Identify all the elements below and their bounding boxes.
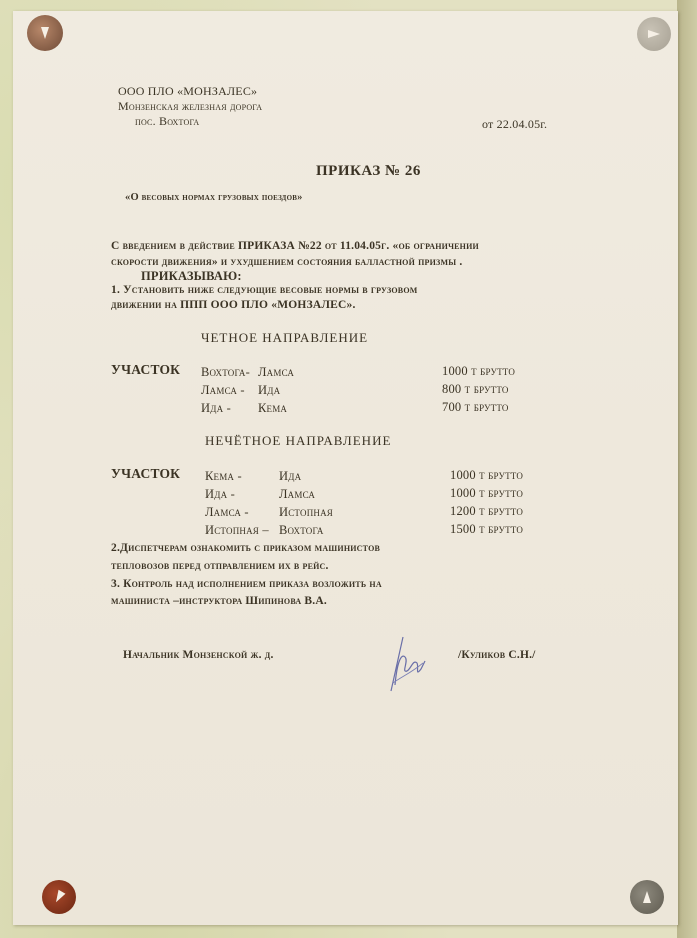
even-direction-heading: ЧЕТНОЕ НАПРАВЛЕНИЕ xyxy=(201,330,368,346)
odd-row-3-value: 1200 т брутто xyxy=(450,504,523,519)
handwritten-signature xyxy=(381,633,431,693)
preamble-line-1: С введением в действие ПРИКАЗА №22 от 11… xyxy=(111,240,479,252)
document-sheet: ООО ПЛО «МОНЗАЛЕС» Монзенская железная д… xyxy=(13,11,678,925)
order-word: ПРИКАЗЫВАЮ: xyxy=(141,269,242,284)
item-1-line-1: 1. Установить ниже следующие весовые нор… xyxy=(111,284,418,296)
odd-row-1-from: Кема - xyxy=(205,469,242,484)
pin-glint xyxy=(643,891,651,903)
even-row-3-to: Кема xyxy=(258,401,287,416)
even-row-1-from: Вохтога- xyxy=(201,365,250,380)
document-subject: «О весовых нормах грузовых поездов» xyxy=(125,192,303,203)
even-row-1-to: Ламса xyxy=(258,365,294,380)
signatory-position: Начальник Монзенской ж. д. xyxy=(123,649,274,661)
odd-direction-heading: НЕЧЁТНОЕ НАПРАВЛЕНИЕ xyxy=(205,433,391,449)
wall-edge xyxy=(677,0,697,938)
odd-row-2-to: Ламса xyxy=(279,487,315,502)
pin-glint xyxy=(53,890,66,904)
push-pin-bottom-left-icon xyxy=(42,880,76,914)
odd-section-label: УЧАСТОК xyxy=(111,466,180,482)
item-1-line-2: движении на ППП ООО ПЛО «МОНЗАЛЕС». xyxy=(111,299,356,311)
even-row-1-value: 1000 т брутто xyxy=(442,364,515,379)
even-row-3-value: 700 т брутто xyxy=(442,400,509,415)
odd-row-4-to: Вохтога xyxy=(279,523,324,538)
odd-row-1-value: 1000 т брутто xyxy=(450,468,523,483)
even-row-3-from: Ида - xyxy=(201,401,231,416)
pin-glint xyxy=(41,27,49,39)
even-row-2-to: Ида xyxy=(258,383,280,398)
even-row-2-value: 800 т брутто xyxy=(442,382,509,397)
odd-row-3-from: Ламса - xyxy=(205,505,249,520)
odd-row-4-value: 1500 т брутто xyxy=(450,522,523,537)
item-3-line-1: 3. Контроль над исполнением приказа возл… xyxy=(111,578,382,590)
item-3-line-2: машиниста –инструктора Шипинова В.А. xyxy=(111,595,327,607)
company-name: ООО ПЛО «МОНЗАЛЕС» xyxy=(118,84,257,99)
document-title: ПРИКАЗ № 26 xyxy=(316,163,421,180)
push-pin-top-right-icon xyxy=(637,17,671,51)
odd-row-3-to: Истопная xyxy=(279,505,333,520)
push-pin-top-left-icon xyxy=(27,15,63,51)
signatory-name: /Куликов С.Н./ xyxy=(458,649,536,661)
pin-glint xyxy=(648,30,660,38)
odd-row-1-to: Ида xyxy=(279,469,301,484)
odd-row-4-from: Истопная – xyxy=(205,523,269,538)
odd-row-2-value: 1000 т брутто xyxy=(450,486,523,501)
document-date: от 22.04.05г. xyxy=(482,117,547,132)
preamble-line-2: скорости движения» и ухудшением состояни… xyxy=(111,256,462,268)
odd-row-2-from: Ида - xyxy=(205,487,235,502)
even-row-2-from: Ламса - xyxy=(201,383,245,398)
push-pin-bottom-right-icon xyxy=(630,880,664,914)
item-2-line-1: 2.Диспетчерам ознакомить с приказом маши… xyxy=(111,542,380,554)
item-2-line-2: тепловозов перед отправлением их в рейс. xyxy=(111,560,329,572)
railway-name: Монзенская железная дорога xyxy=(118,99,262,114)
even-section-label: УЧАСТОК xyxy=(111,362,180,378)
settlement: пос. Вохтога xyxy=(135,114,199,129)
